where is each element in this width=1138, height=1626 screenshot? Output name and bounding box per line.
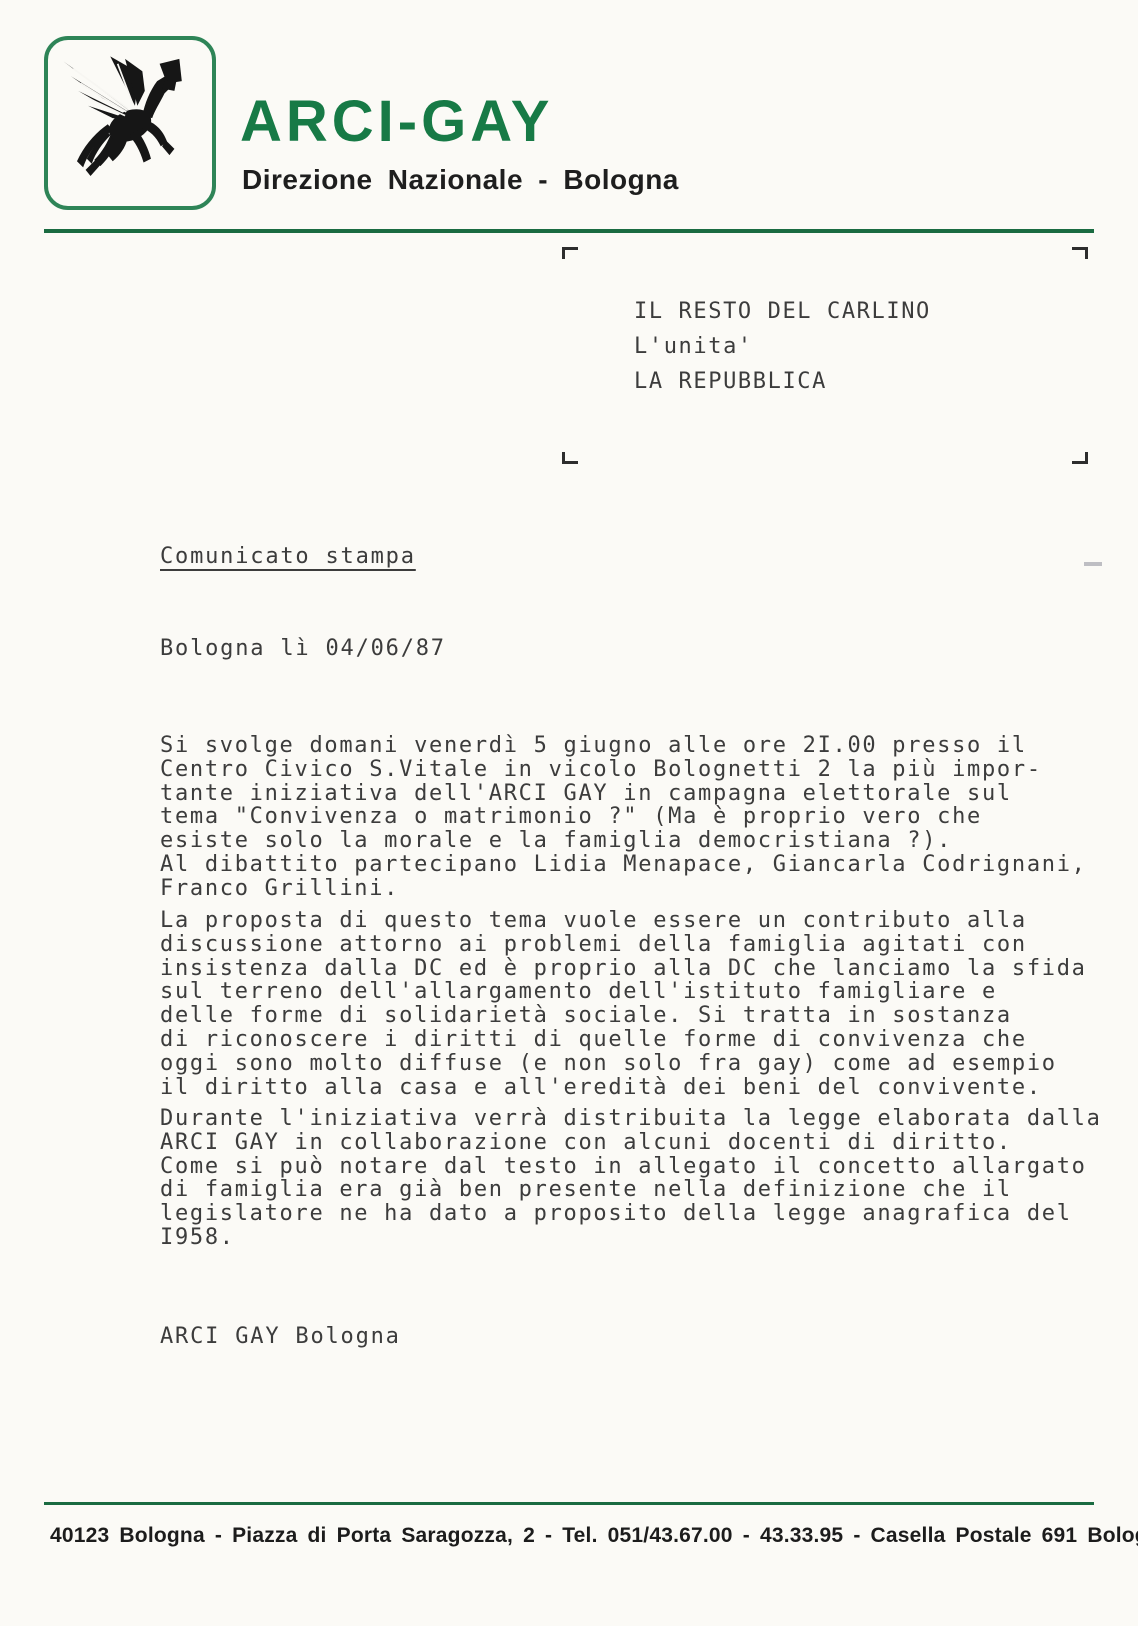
subject-line: Comunicato stampa <box>160 544 416 569</box>
org-subtitle: Direzione Nazionale - Bologna <box>242 164 679 196</box>
footer-address: 40123 Bologna - Piazza di Porta Saragozz… <box>50 1524 1094 1548</box>
paragraph-1: Si svolge domani venerdì 5 giugno alle o… <box>160 734 1087 901</box>
paragraph-2: La proposta di questo tema vuole essere … <box>160 909 1087 1099</box>
footer-divider <box>44 1502 1094 1505</box>
scan-artifact-dash <box>1084 562 1102 566</box>
pegasus-icon <box>56 48 204 198</box>
recipient-list: IL RESTO DEL CARLINO L'unita' LA REPUBBL… <box>634 294 931 399</box>
corner-mark-bottom-left <box>562 452 578 464</box>
corner-mark-top-right <box>1072 247 1088 259</box>
arci-gay-logo <box>44 36 216 210</box>
corner-mark-top-left <box>562 247 578 259</box>
corner-mark-bottom-right <box>1072 452 1088 464</box>
press-release-page: ARCI-GAY Direzione Nazionale - Bologna I… <box>0 0 1138 1626</box>
dateline: Bologna lì 04/06/87 <box>160 636 446 661</box>
paragraph-3: Durante l'iniziativa verrà distribuita l… <box>160 1107 1102 1250</box>
org-name: ARCI-GAY <box>240 88 553 155</box>
header-divider <box>44 229 1094 233</box>
signature: ARCI GAY Bologna <box>160 1324 401 1349</box>
